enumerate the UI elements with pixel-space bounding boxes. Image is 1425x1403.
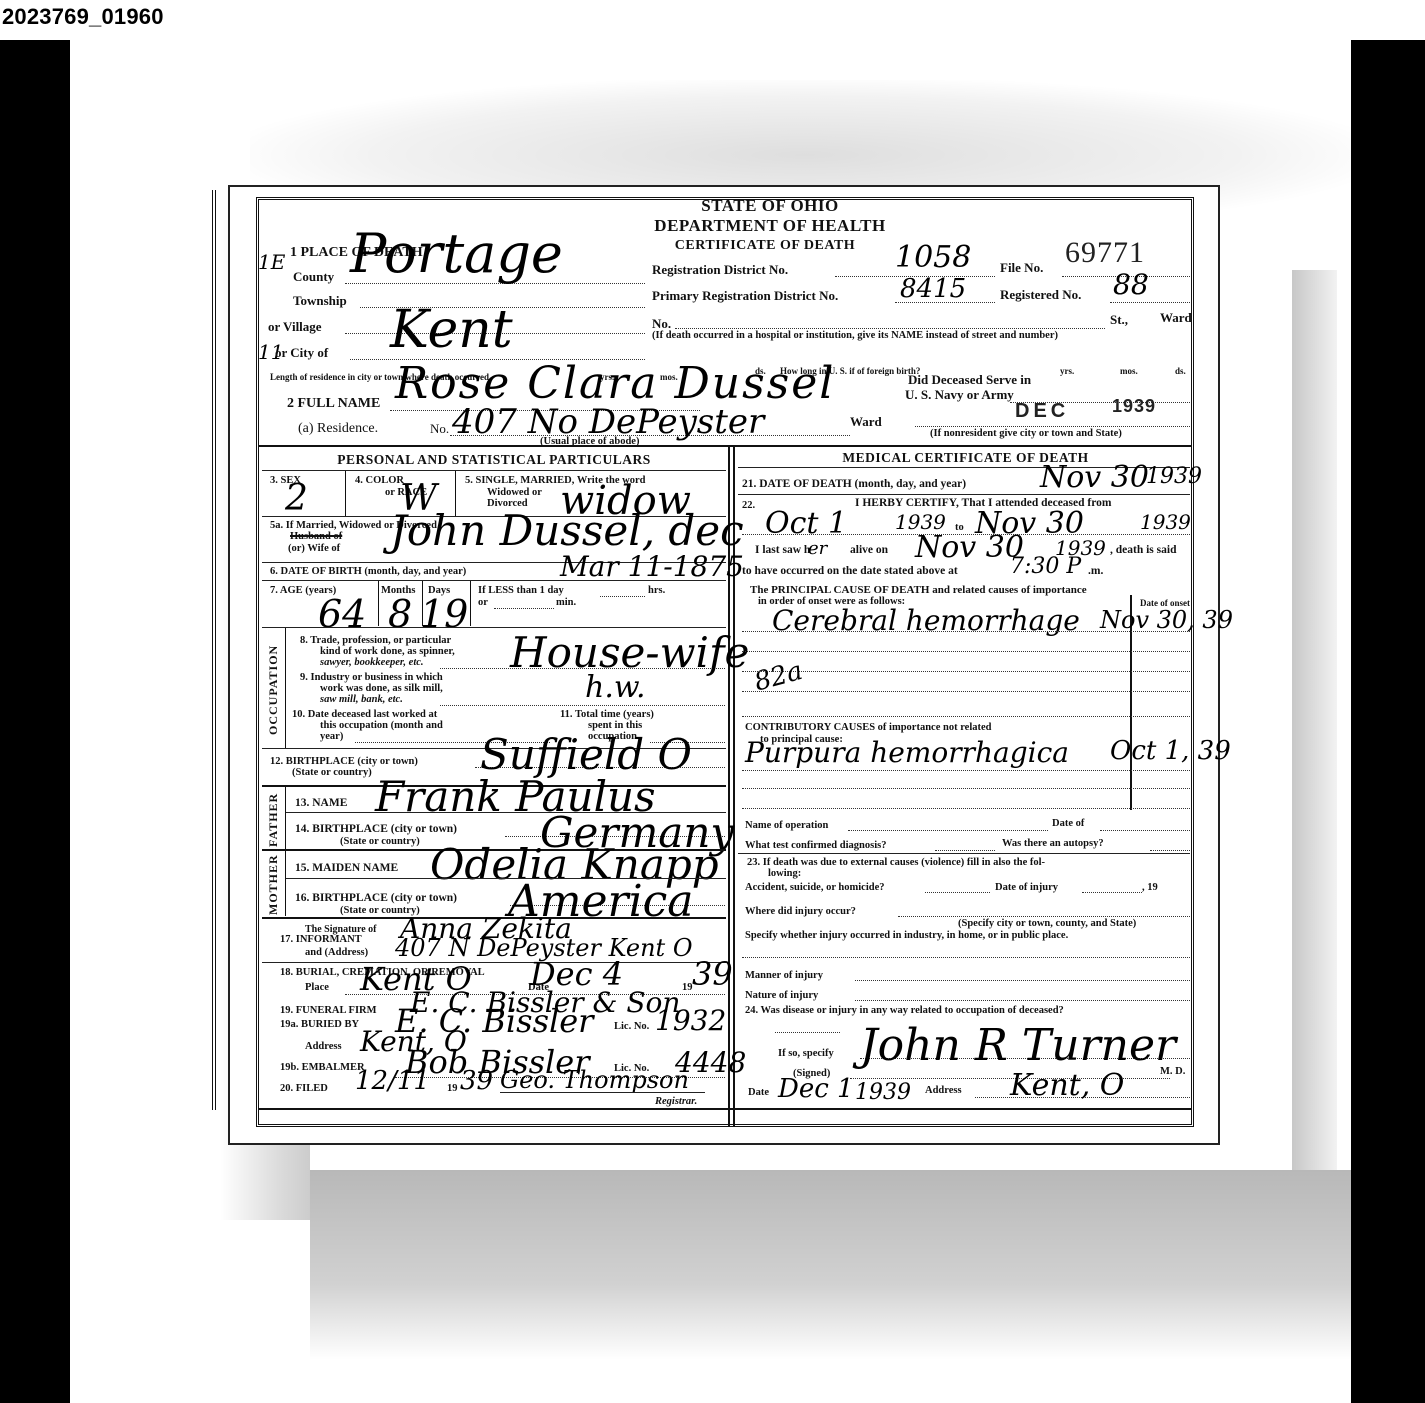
- physician-address-value: Kent, O: [1010, 1068, 1124, 1103]
- md-label: M. D.: [1160, 1066, 1185, 1077]
- last-worked-label: 10. Date deceased last worked at: [292, 709, 437, 720]
- manner-label: Manner of injury: [745, 970, 823, 981]
- file-no-label: File No.: [1000, 260, 1043, 276]
- age-months-value: 8: [388, 592, 412, 636]
- father-birthplace-label: 14. BIRTHPLACE (city or town): [295, 823, 457, 835]
- registration-district-label: Registration District No.: [652, 262, 788, 278]
- industry-label: 9. Industry or business in which: [300, 672, 443, 683]
- test-label: What test confirmed diagnosis?: [745, 840, 886, 851]
- scan-shadow-bottom: [310, 1170, 1351, 1360]
- city-value: Kent: [390, 300, 513, 360]
- injury-date-label: Date of injury: [995, 882, 1058, 893]
- dob-value: Mar 11-1875: [560, 550, 744, 583]
- last-saw-date: Nov 30: [915, 530, 1024, 565]
- physician-signature: John R Turner: [860, 1020, 1176, 1071]
- father-name-label: 13. NAME: [295, 797, 347, 809]
- color-label: 4. COLOR: [355, 475, 404, 486]
- hospital-note: (If death occurred in a hospital or inst…: [652, 330, 1058, 341]
- mother-maiden-name-label: 15. MAIDEN NAME: [295, 862, 398, 874]
- county-value: Portage: [350, 222, 563, 285]
- residence-label: (a) Residence.: [298, 421, 378, 437]
- ward-label: Ward: [1160, 310, 1192, 326]
- received-stamp-month: DEC: [1015, 400, 1069, 423]
- father-side-label: FATHER: [266, 792, 281, 847]
- state-title: STATE OF OHIO: [660, 196, 880, 216]
- funeral-firm-label: 19. FUNERAL FIRM: [280, 1005, 377, 1016]
- filed-label: 20. FILED: [280, 1083, 328, 1094]
- military-label-1: Did Deceased Serve in: [908, 372, 1031, 388]
- county-label: County: [293, 269, 334, 285]
- village-label: or Village: [268, 319, 322, 335]
- file-no-value: 69771: [1065, 236, 1145, 270]
- operation-label: Name of operation: [745, 820, 828, 831]
- date-of-death-year: 1939: [1146, 464, 1202, 489]
- mother-birthplace-label: 16. BIRTHPLACE (city or town): [295, 892, 457, 904]
- accident-label: Accident, suicide, or homicide?: [745, 882, 885, 893]
- attended-to-year: 1939: [1140, 510, 1191, 534]
- buried-by-label: 19a. BURIED BY: [280, 1019, 359, 1030]
- department-title: DEPARTMENT OF HEALTH: [600, 216, 940, 236]
- embalmer-label: 19b. EMBALMER: [280, 1062, 365, 1073]
- registered-no-label: Registered No.: [1000, 287, 1081, 303]
- autopsy-label: Was there an autopsy?: [1002, 838, 1104, 849]
- trade-label: 8. Trade, profession, or particular: [300, 635, 451, 646]
- time-label: to have occurred on the date stated abov…: [742, 565, 958, 577]
- injury-where-note: (Specify city or town, county, and State…: [958, 918, 1136, 929]
- received-stamp-year: 1939: [1112, 396, 1156, 417]
- document-id: 2023769_01960: [2, 4, 164, 30]
- filed-year-value: 39: [460, 1066, 493, 1096]
- last-saw-label: I last saw h: [755, 544, 810, 556]
- registrar-label: Registrar.: [655, 1096, 697, 1107]
- sex-value: 2: [285, 478, 308, 519]
- funeral-address-label: Address: [305, 1041, 342, 1052]
- external-causes-label: 23. If death was due to external causes …: [747, 857, 1045, 868]
- military-label-2: U. S. Navy or Army: [905, 387, 1014, 403]
- registrar-signature: Geo. Thompson: [500, 1066, 689, 1094]
- filed-date-value: 12/11: [355, 1066, 430, 1096]
- burial-place-label: Place: [305, 982, 329, 993]
- full-name-label: 2 FULL NAME: [287, 396, 380, 412]
- age-years-value: 64: [318, 592, 366, 636]
- burial-year-value: 39: [692, 955, 733, 993]
- attended-from-value: Oct 1: [765, 506, 847, 541]
- date-of-death-value: Nov 30: [1040, 460, 1149, 495]
- date-of-death-label: 21. DATE OF DEATH (month, day, and year): [742, 478, 966, 490]
- signed-year-value: 1939: [855, 1080, 911, 1105]
- age-days-value: 19: [420, 592, 468, 636]
- contributory-onset: Oct 1, 39: [1110, 736, 1231, 766]
- certificate-title: CERTIFICATE OF DEATH: [640, 238, 890, 254]
- less-than-day-label: If LESS than 1 day: [478, 585, 564, 596]
- scan-border-left: [0, 40, 70, 1403]
- informant-label: 17. INFORMANT: [280, 934, 362, 945]
- personal-section-title: PERSONAL AND STATISTICAL PARTICULARS: [262, 452, 726, 468]
- total-time-label: 11. Total time (years): [560, 709, 654, 720]
- physician-address-label: Address: [925, 1085, 962, 1096]
- contributory-cause-value: Purpura hemorrhagica: [745, 736, 1069, 769]
- scan-border-right: [1351, 40, 1425, 1403]
- occupation-side-label: OCCUPATION: [266, 640, 281, 735]
- time-value: 7:30 P: [1010, 554, 1081, 579]
- if-so-label: If so, specify: [778, 1048, 834, 1059]
- residence-ward-label: Ward: [850, 414, 882, 430]
- scan-noise-right: [1292, 270, 1337, 1170]
- injury-where-label: Where did injury occur?: [745, 906, 856, 917]
- principal-cause-label: The PRINCIPAL CAUSE OF DEATH and related…: [750, 584, 1087, 596]
- birthplace-label: 12. BIRTHPLACE (city or town): [270, 756, 418, 767]
- injury-type-label: Specify whether injury occurred in indus…: [745, 930, 1068, 941]
- primary-district-value: 8415: [900, 274, 966, 304]
- mother-side-label: MOTHER: [266, 855, 281, 915]
- informant-address-label: and (Address): [305, 947, 368, 958]
- principal-cause-value: Cerebral hemorrhage: [772, 604, 1080, 637]
- industry-value: h.w.: [585, 670, 646, 705]
- nature-label: Nature of injury: [745, 990, 818, 1001]
- buried-lic-label: Lic. No.: [614, 1021, 649, 1032]
- township-label: Township: [293, 293, 347, 309]
- principal-cause-onset: Nov 30, 39: [1100, 606, 1233, 634]
- nonresident-note: (If nonresident give city or town and St…: [930, 428, 1122, 439]
- contributory-label: CONTRIBUTORY CAUSES of importance not re…: [745, 722, 991, 733]
- buried-lic-value: 1932: [655, 1004, 726, 1037]
- registration-district-value: 1058: [895, 240, 971, 275]
- primary-district-label: Primary Registration District No.: [652, 288, 838, 304]
- registered-no-value: 88: [1113, 268, 1149, 301]
- city-label: or City of: [275, 345, 328, 361]
- dob-label: 6. DATE OF BIRTH (month, day, and year): [270, 566, 466, 577]
- margin-note: 1E: [258, 250, 285, 274]
- occupation-related-label: 24. Was disease or injury in any way rel…: [745, 1005, 1064, 1016]
- signed-date-value: Dec 1: [778, 1074, 854, 1104]
- spouse-value: John Dussel, dec: [390, 506, 744, 555]
- signed-date-label: Date: [748, 1087, 769, 1098]
